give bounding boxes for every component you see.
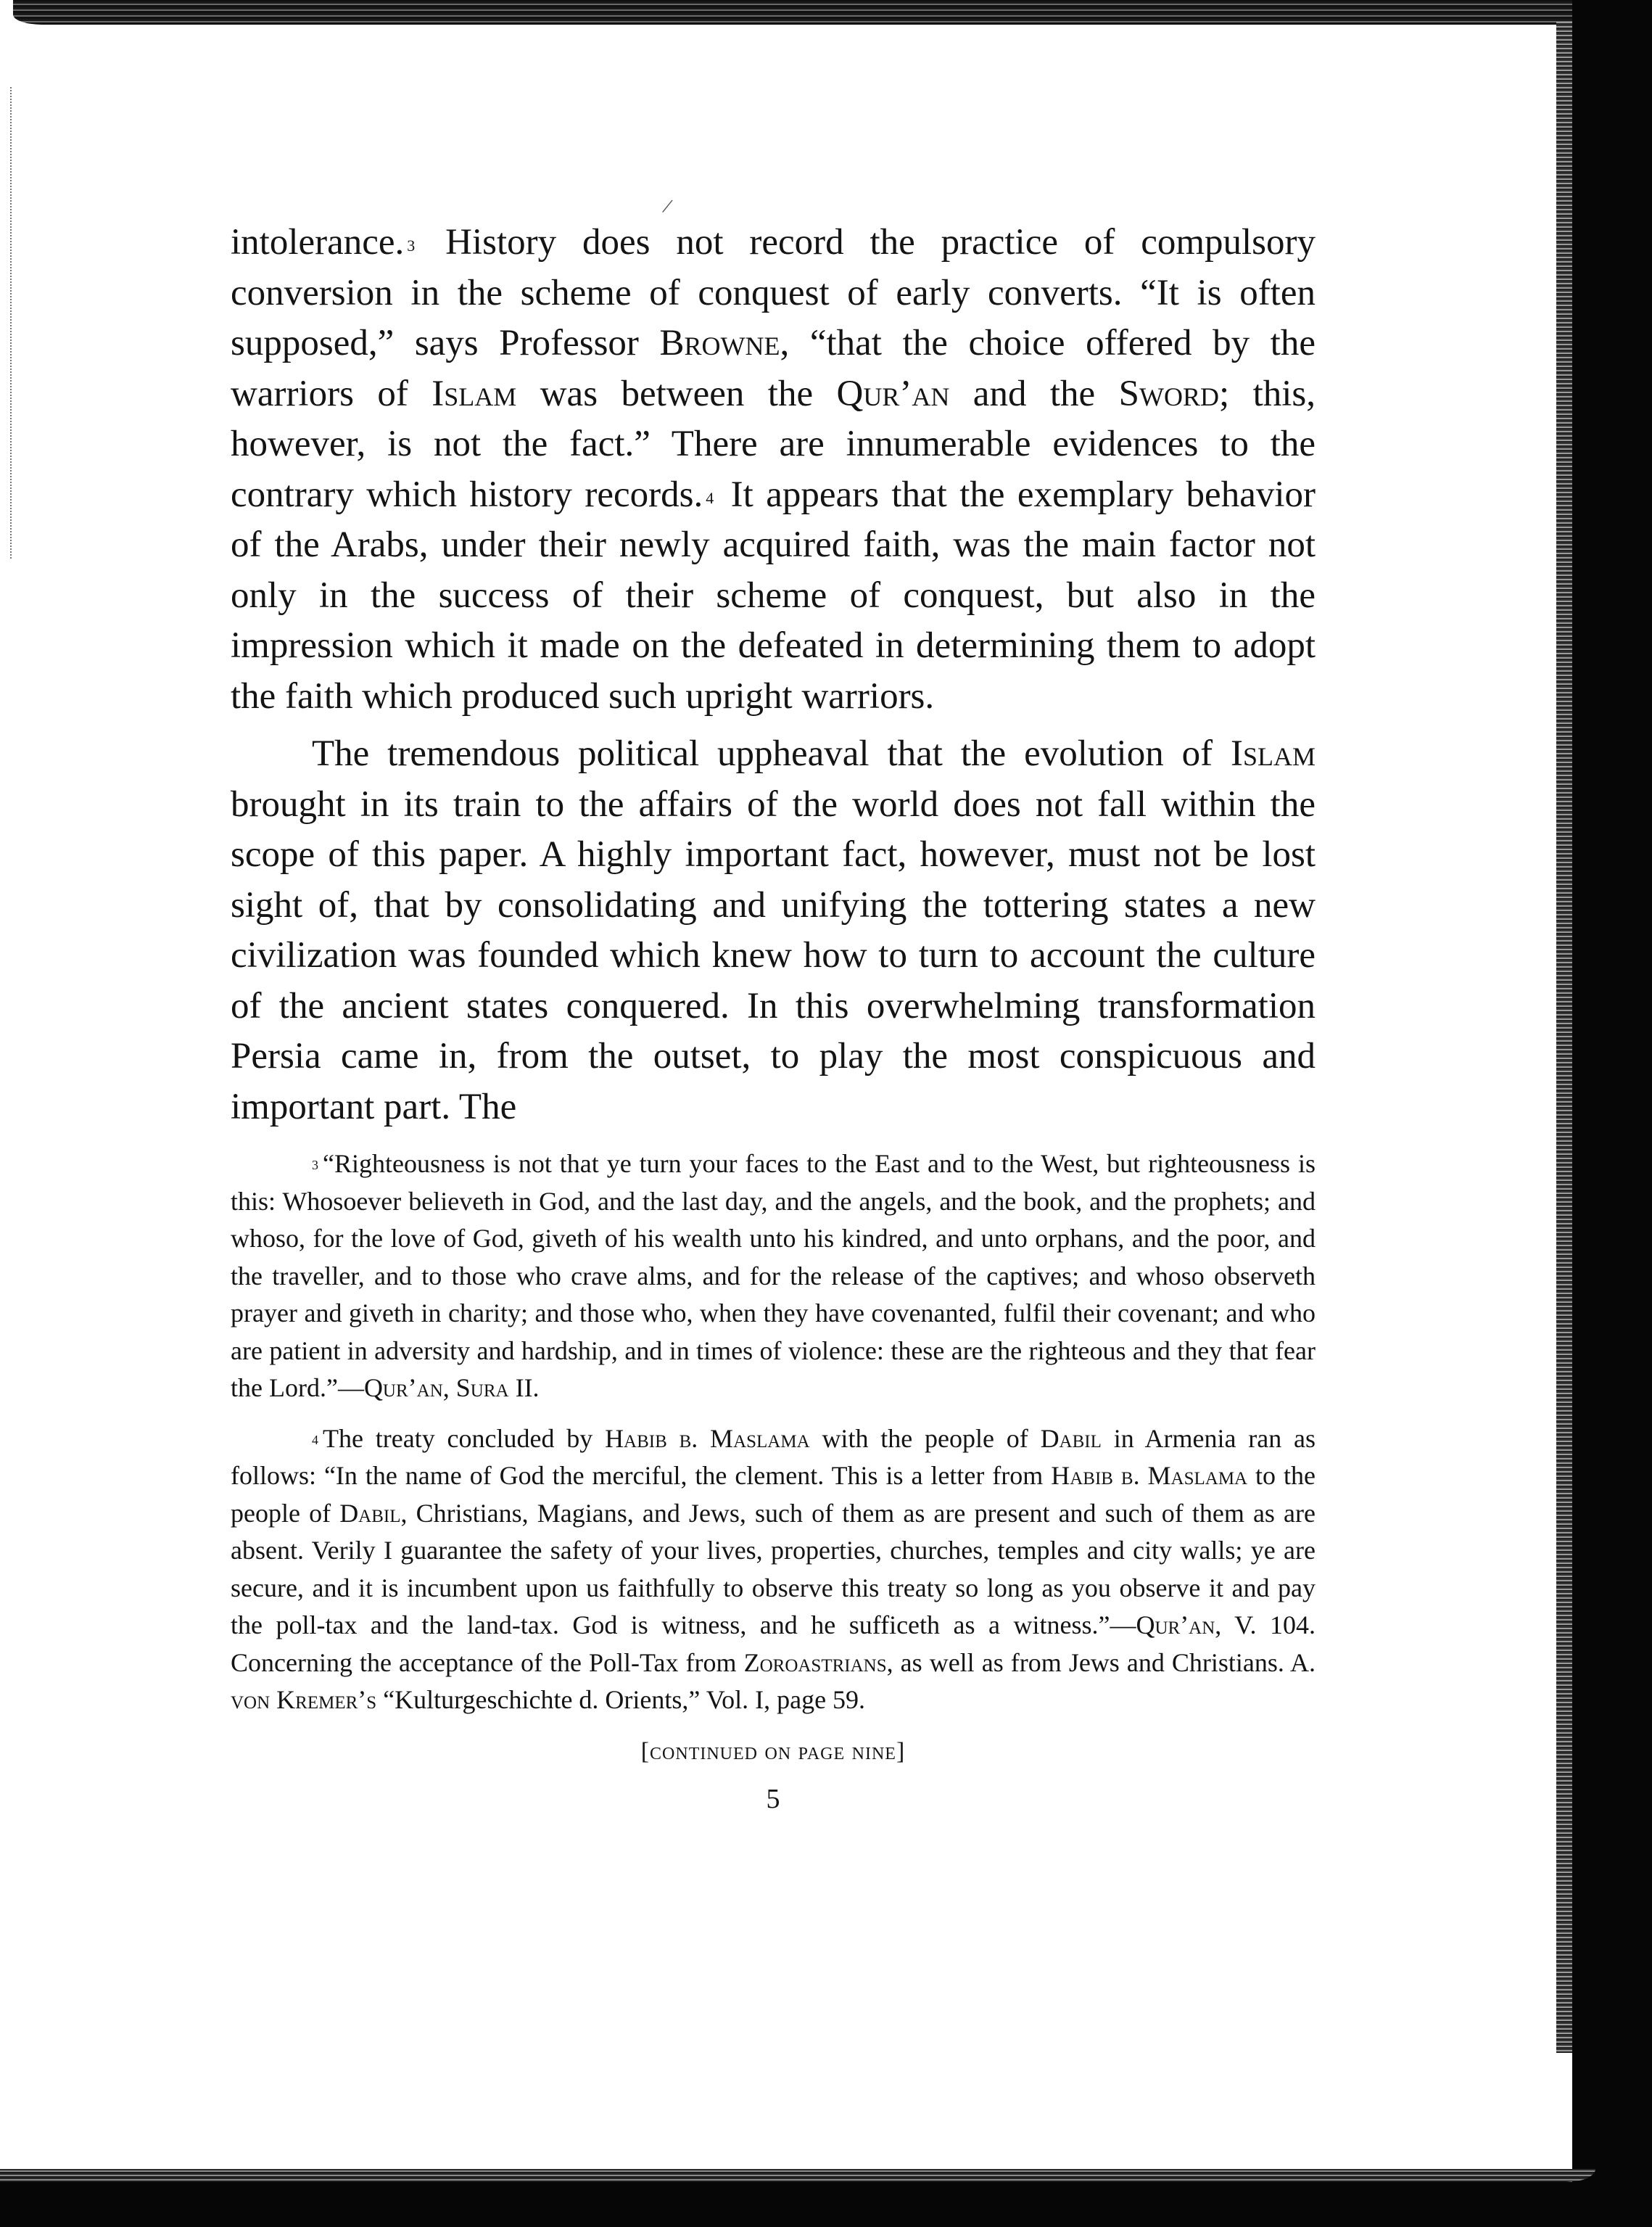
term-quran: Qur’an	[837, 374, 950, 414]
continued-note: [continued on page nine]	[231, 1738, 1316, 1766]
citation-source: Qur’an	[364, 1373, 443, 1402]
page-number: 5	[231, 1783, 1316, 1815]
paragraph-1: intolerance.3 History does not record th…	[231, 218, 1316, 722]
place-dabil: Dabil	[1041, 1424, 1102, 1453]
footnote-number: 3	[312, 1158, 318, 1172]
text-run: and the	[949, 374, 1118, 414]
stray-ink-mark: /	[660, 194, 674, 220]
name-kremer: von Kremer’s	[231, 1685, 376, 1714]
scan-border-right	[1572, 0, 1652, 2227]
text-run: intolerance.	[231, 222, 404, 263]
text-run: with the people of	[810, 1424, 1041, 1453]
text-run: , as well as from Jews and Christians. A…	[887, 1648, 1316, 1677]
text-run: was between the	[516, 374, 836, 414]
text-run: “Kulturgeschichte d. Orients,” Vol. I, p…	[376, 1685, 865, 1714]
scan-border-top	[13, 0, 1608, 25]
footnote-ref-4[interactable]: 4	[706, 489, 714, 507]
footnote-4: 4The treaty concluded by Habib b. Maslam…	[231, 1420, 1316, 1719]
scan-page-edge-bottom	[0, 2169, 1595, 2182]
body-text: intolerance.3 History does not record th…	[231, 218, 1316, 1132]
text-run: The tremendous political uppheaval that …	[312, 733, 1231, 774]
term-islam: Islam	[431, 374, 516, 414]
scan-border-bottom	[0, 2182, 1652, 2227]
document-page: intolerance.3 History does not record th…	[231, 218, 1316, 1815]
footnote-ref-3[interactable]: 3	[407, 236, 415, 255]
name-browne: Browne	[660, 323, 780, 363]
citation-sura: Sura	[456, 1373, 509, 1402]
footnote-text: “Righteousness is not that ye turn your …	[231, 1149, 1316, 1402]
term-zoroastrians: Zoroastrians	[744, 1648, 887, 1677]
place-dabil: Dabil	[339, 1499, 400, 1528]
citation-source: Qur’an	[1136, 1610, 1215, 1639]
footnotes: 3“Righteousness is not that ye turn your…	[231, 1145, 1316, 1719]
footnote-3: 3“Righteousness is not that ye turn your…	[231, 1145, 1316, 1407]
scan-left-margin-artifact	[10, 87, 16, 559]
text-run: ,	[443, 1373, 456, 1402]
footnote-number: 4	[312, 1433, 318, 1447]
term-islam: Islam	[1231, 733, 1316, 774]
text-run: II.	[509, 1373, 540, 1402]
paragraph-2: The tremendous political uppheaval that …	[231, 729, 1316, 1132]
name-habib: Habib b. Maslama	[605, 1424, 810, 1453]
scan-page-edge-right	[1556, 22, 1572, 2053]
text-run: brought in its train to the affairs of t…	[231, 784, 1316, 1127]
term-sword: Sword	[1119, 374, 1219, 414]
name-habib: Habib b. Maslama	[1051, 1461, 1247, 1490]
text-run: The treaty concluded by	[323, 1424, 605, 1453]
